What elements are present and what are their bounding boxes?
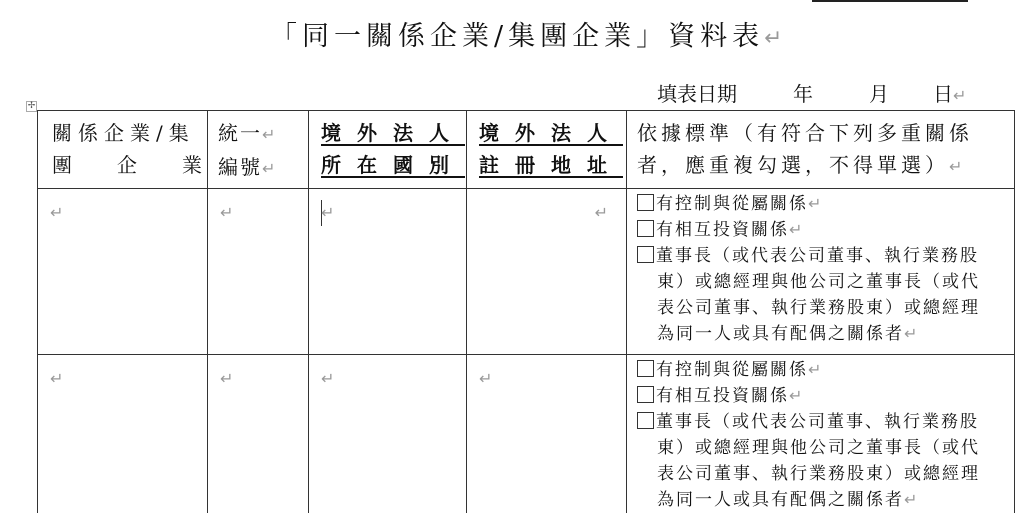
checkbox-unchecked-icon[interactable] <box>637 194 654 211</box>
fill-date-label: 填表日期 <box>657 82 737 106</box>
paragraph-mark-icon: ↵ <box>220 369 233 388</box>
cell-unified-number-input[interactable]: ↵ <box>208 189 309 355</box>
criteria-option-investment[interactable]: 有相互投資關係↵ <box>637 383 1014 409</box>
paragraph-mark-icon: ↵ <box>764 26 782 51</box>
paragraph-mark-icon: ↵ <box>50 369 63 388</box>
table-row: ↵ ↵ ↵ ↵ 有控制與從屬關係↵ 有相互投資關係↵ 董事長（或代表公司董事、執… <box>38 189 1015 355</box>
paragraph-mark-icon: ↵ <box>904 324 919 343</box>
paragraph-mark-icon: ↵ <box>904 490 919 509</box>
header-affiliate-name[interactable]: 關係企業/集 團 企 業 <box>38 111 208 189</box>
header-criteria[interactable]: 依據標準（有符合下列多重關係 者，應重複勾選，不得單選）↵ <box>627 111 1015 189</box>
checkbox-unchecked-icon[interactable] <box>637 246 654 263</box>
criteria-option-control[interactable]: 有控制與從屬關係↵ <box>637 357 1014 383</box>
year-label: 年 <box>793 82 813 106</box>
table-move-handle-icon[interactable]: ✢ <box>26 101 37 112</box>
criteria-option-same-director[interactable]: 董事長（或代表公司董事、執行業務股 <box>637 243 1014 269</box>
cell-offshore-address-input[interactable]: ↵ <box>467 189 627 355</box>
paragraph-mark-icon: ↵ <box>595 203 608 222</box>
document-title[interactable]: 「同一關係企業/集團企業」資料表↵ <box>270 14 782 53</box>
criteria-option-investment[interactable]: 有相互投資關係↵ <box>637 217 1014 243</box>
checkbox-unchecked-icon[interactable] <box>637 360 654 377</box>
cell-offshore-country-input[interactable]: ↵ <box>309 189 467 355</box>
paragraph-mark-icon: ↵ <box>789 220 804 239</box>
paragraph-mark-icon: ↵ <box>808 194 823 213</box>
paragraph-mark-icon: ↵ <box>953 86 966 105</box>
paragraph-mark-icon: ↵ <box>789 386 804 405</box>
paragraph-mark-icon: ↵ <box>50 203 63 222</box>
table-row: ↵ ↵ ↵ ↵ 有控制與從屬關係↵ 有相互投資關係↵ 董事長（或代表公司董事、執… <box>38 355 1015 513</box>
header-unified-number[interactable]: 統一↵ 編號↵ <box>208 111 309 189</box>
cell-offshore-address-input[interactable]: ↵ <box>467 355 627 513</box>
fill-date-line[interactable]: 填表日期年月日↵ <box>657 78 966 107</box>
paragraph-mark-icon: ↵ <box>321 203 334 222</box>
day-label: 日 <box>933 82 953 106</box>
header-offshore-country[interactable]: 境外法人 所在國別 <box>309 111 467 189</box>
table-header-row: 關係企業/集 團 企 業 統一↵ 編號↵ 境外法人 所在國別 境外法人 註冊地址 <box>38 111 1015 189</box>
criteria-option-control[interactable]: 有控制與從屬關係↵ <box>637 191 1014 217</box>
top-rule-divider <box>812 0 968 2</box>
header-offshore-address[interactable]: 境外法人 註冊地址 <box>467 111 627 189</box>
paragraph-mark-icon: ↵ <box>808 360 823 379</box>
cell-affiliate-name-input[interactable]: ↵ <box>38 355 208 513</box>
paragraph-mark-icon: ↵ <box>220 203 233 222</box>
checkbox-unchecked-icon[interactable] <box>637 386 654 403</box>
checkbox-unchecked-icon[interactable] <box>637 412 654 429</box>
cell-criteria: 有控制與從屬關係↵ 有相互投資關係↵ 董事長（或代表公司董事、執行業務股 東）或… <box>627 189 1015 355</box>
affiliate-data-table: 關係企業/集 團 企 業 統一↵ 編號↵ 境外法人 所在國別 境外法人 註冊地址 <box>37 110 1015 513</box>
document-page: 「同一關係企業/集團企業」資料表↵ 填表日期年月日↵ ✢ 關係企業/集 團 企 … <box>0 0 1024 513</box>
checkbox-unchecked-icon[interactable] <box>637 220 654 237</box>
cell-affiliate-name-input[interactable]: ↵ <box>38 189 208 355</box>
paragraph-mark-icon: ↵ <box>949 157 966 176</box>
cell-unified-number-input[interactable]: ↵ <box>208 355 309 513</box>
paragraph-mark-icon: ↵ <box>262 159 277 178</box>
cell-criteria: 有控制與從屬關係↵ 有相互投資關係↵ 董事長（或代表公司董事、執行業務股 東）或… <box>627 355 1015 513</box>
paragraph-mark-icon: ↵ <box>479 369 492 388</box>
paragraph-mark-icon: ↵ <box>321 369 334 388</box>
cell-offshore-country-input[interactable]: ↵ <box>309 355 467 513</box>
month-label: 月 <box>869 82 889 106</box>
paragraph-mark-icon: ↵ <box>262 125 277 144</box>
title-text: 「同一關係企業/集團企業」資料表 <box>270 21 764 52</box>
criteria-option-same-director[interactable]: 董事長（或代表公司董事、執行業務股 <box>637 409 1014 435</box>
